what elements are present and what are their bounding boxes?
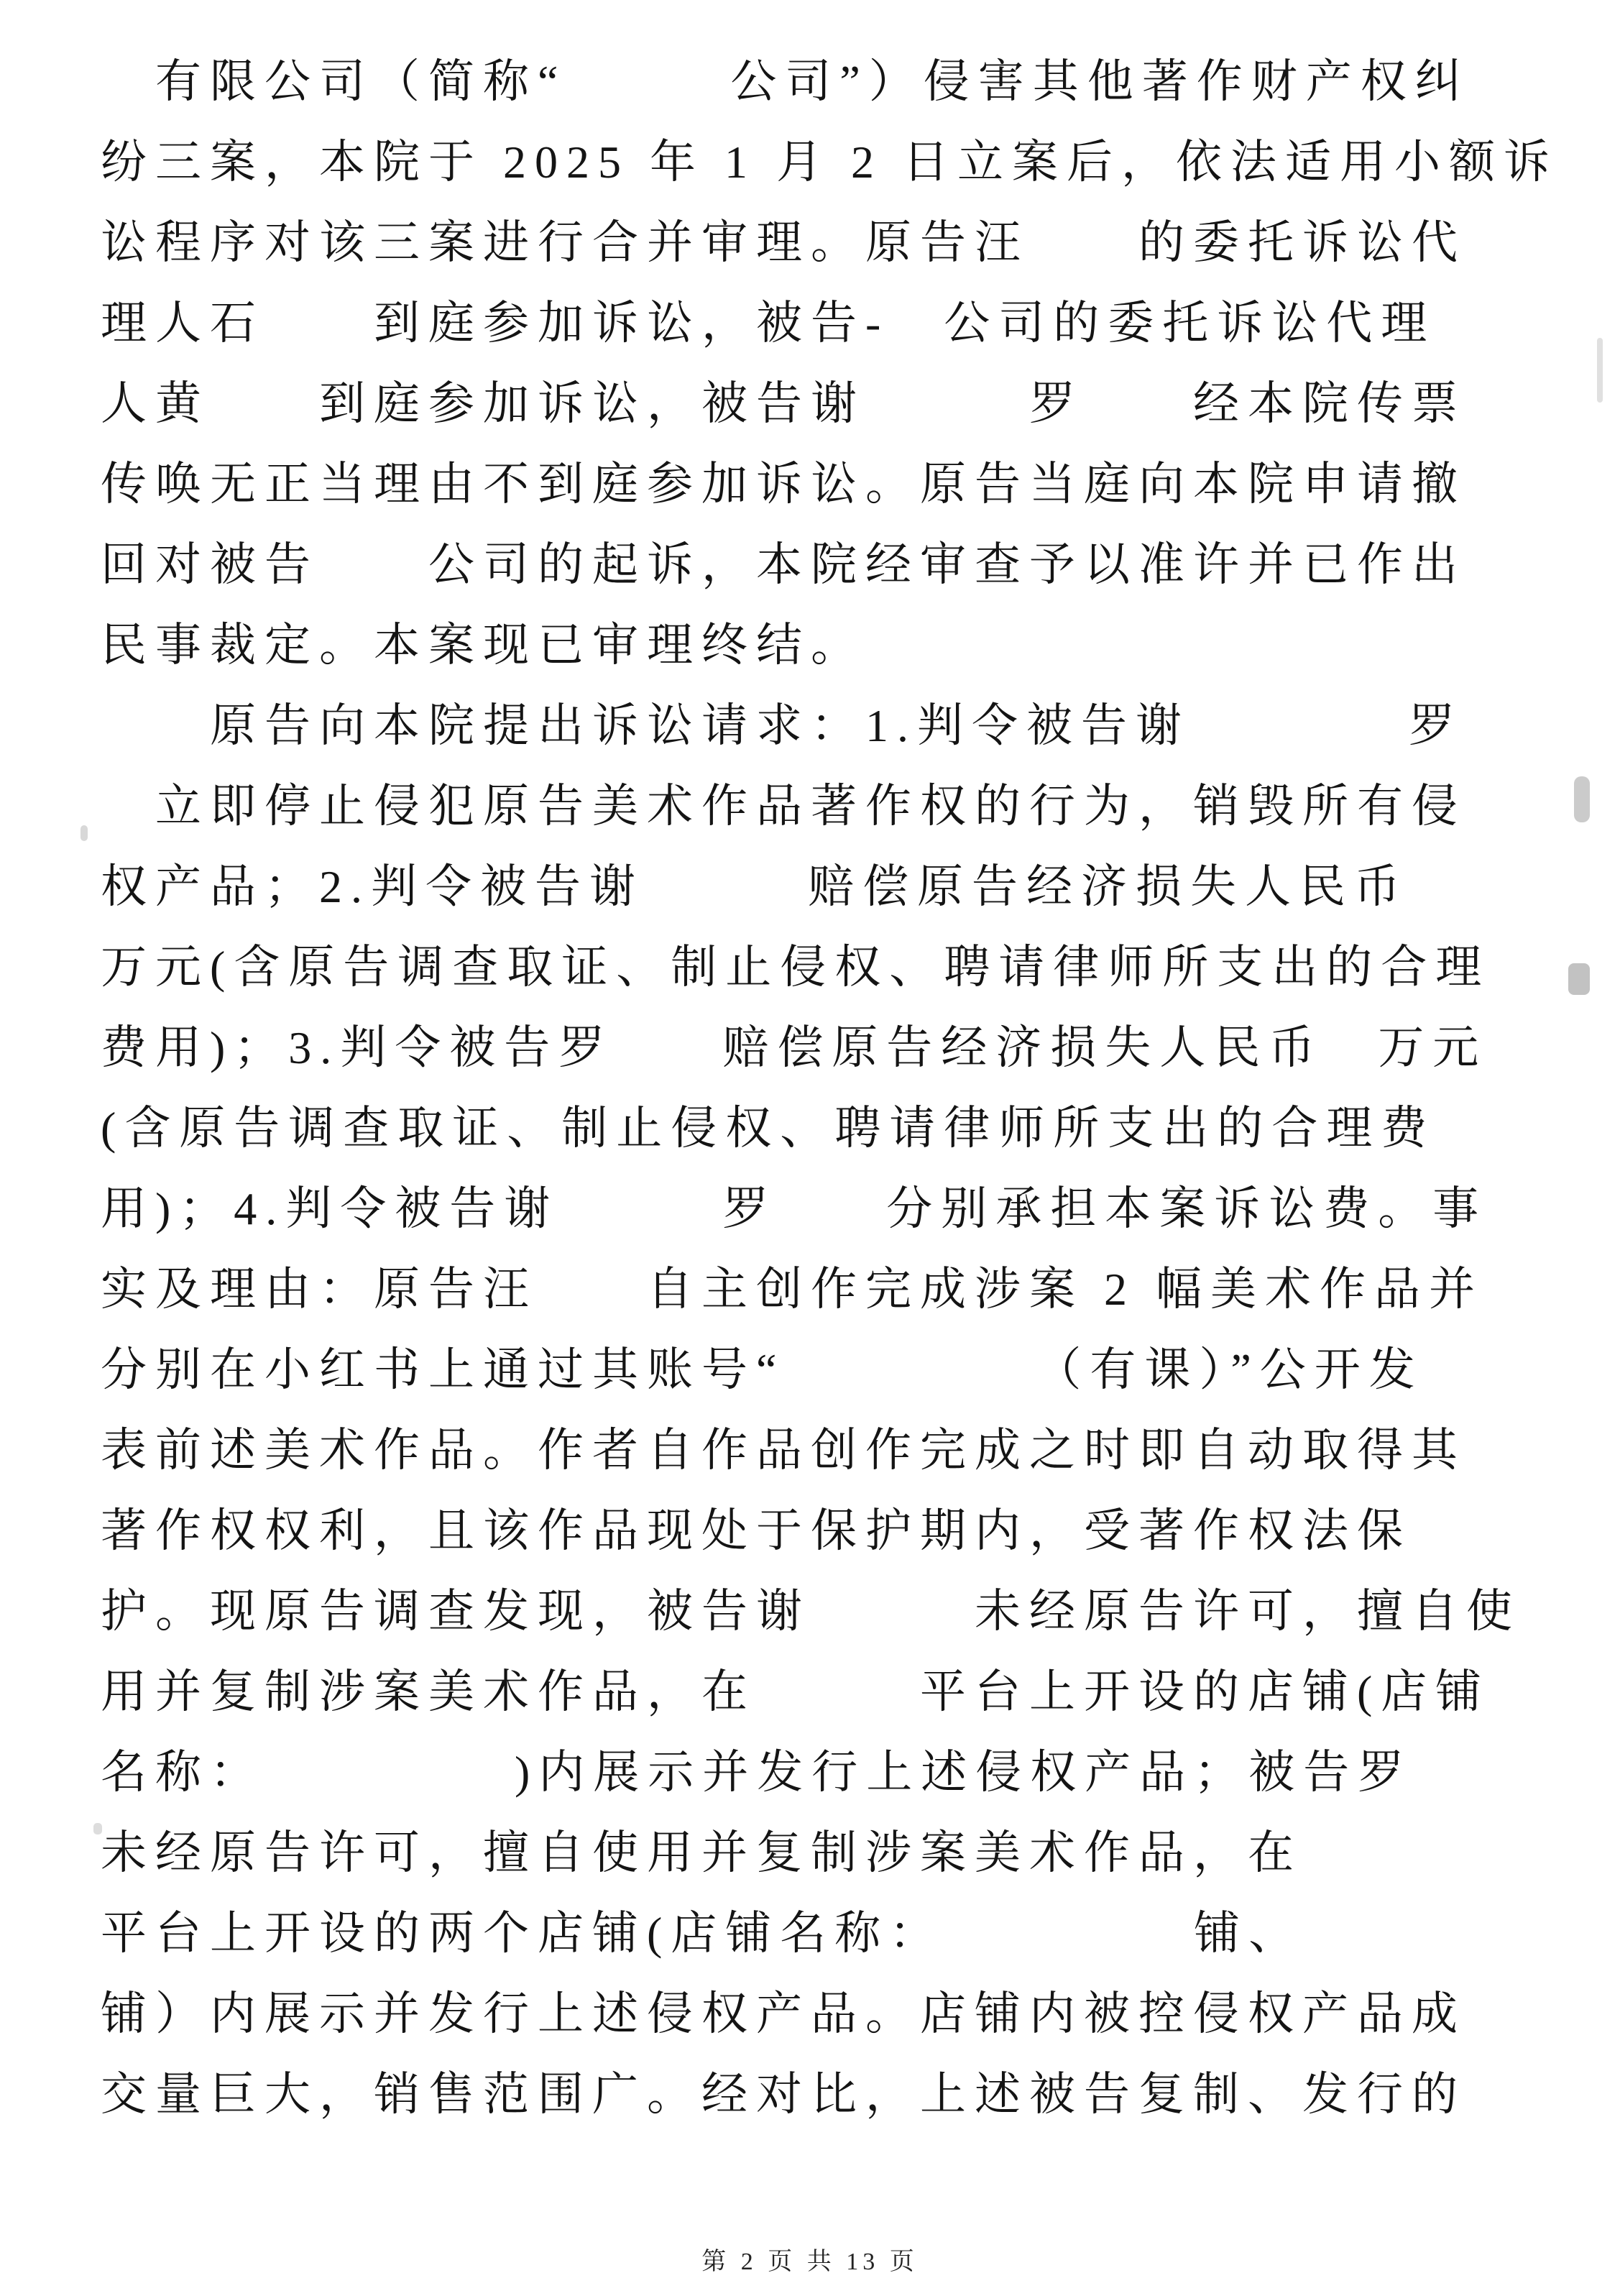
document-line: 人黄 到庭参加诉讼，被告谢 罗 经本院传票 bbox=[101, 364, 1538, 444]
document-line: 回对被告 公司的起诉，本院经审查予以准许并已作出 bbox=[101, 525, 1538, 605]
document-line: 费用)；3.判令被告罗 赔偿原告经济损失人民币 万元 bbox=[101, 1008, 1538, 1088]
scanned-document-page: 有限公司（简称“ 公司”）侵害其他著作财产权纠纷三案，本院于 2025 年 1 … bbox=[0, 0, 1620, 2296]
document-line: 立即停止侵犯原告美术作品著作权的行为，销毁所有侵 bbox=[101, 766, 1538, 847]
document-line: 分别在小红书上通过其账号“ （有课）”公开发 bbox=[101, 1330, 1538, 1410]
document-line: 平台上开设的两个店铺(店铺名称： 铺、 bbox=[101, 1893, 1538, 1974]
document-line: 未经原告许可，擅自使用并复制涉案美术作品，在 bbox=[101, 1813, 1538, 1893]
scan-artifact bbox=[80, 825, 88, 841]
document-line: 表前述美术作品。作者自作品创作完成之时即自动取得其 bbox=[101, 1410, 1538, 1491]
document-line: 有限公司（简称“ 公司”）侵害其他著作财产权纠 bbox=[101, 42, 1538, 122]
document-line: 护。现原告调查发现，被告谢 未经原告许可，擅自使 bbox=[101, 1571, 1538, 1652]
document-line: 用)；4.判令被告谢 罗 分别承担本案诉讼费。事 bbox=[101, 1169, 1538, 1249]
document-line: 铺）内展示并发行上述侵权产品。店铺内被控侵权产品成 bbox=[101, 1974, 1538, 2054]
document-line: 理人石 到庭参加诉讼，被告- 公司的委托诉讼代理 bbox=[101, 283, 1538, 364]
scan-artifact bbox=[1597, 338, 1603, 403]
document-line: 著作权权利，且该作品现处于保护期内，受著作权法保 bbox=[101, 1491, 1538, 1571]
scan-artifact bbox=[1574, 776, 1590, 822]
document-line: 万元(含原告调查取证、制止侵权、聘请律师所支出的合理 bbox=[101, 927, 1538, 1008]
document-line: 名称： )内展示并发行上述侵权产品；被告罗 bbox=[101, 1732, 1538, 1813]
document-line: 用并复制涉案美术作品，在 平台上开设的店铺(店铺 bbox=[101, 1652, 1538, 1732]
document-text: 有限公司（简称“ 公司”）侵害其他著作财产权纠纷三案，本院于 2025 年 1 … bbox=[101, 42, 1538, 2135]
document-line: 交量巨大，销售范围广。经对比，上述被告复制、发行的 bbox=[101, 2054, 1538, 2135]
scan-artifact bbox=[1568, 963, 1590, 995]
page-number-footer: 第 2 页 共 13 页 bbox=[0, 2241, 1620, 2277]
document-line: 传唤无正当理由不到庭参加诉讼。原告当庭向本院申请撤 bbox=[101, 444, 1538, 525]
document-line: 民事裁定。本案现已审理终结。 bbox=[101, 605, 1538, 686]
document-line: 原告向本院提出诉讼请求：1.判令被告谢 罗 bbox=[101, 686, 1538, 766]
document-line: 实及理由：原告汪 自主创作完成涉案 2 幅美术作品并 bbox=[101, 1249, 1538, 1330]
document-line: 纷三案，本院于 2025 年 1 月 2 日立案后，依法适用小额诉 bbox=[101, 122, 1538, 203]
document-line: (含原告调查取证、制止侵权、聘请律师所支出的合理费 bbox=[101, 1088, 1538, 1169]
document-line: 权产品；2.判令被告谢 赔偿原告经济损失人民币 bbox=[101, 847, 1538, 927]
document-line: 讼程序对该三案进行合并审理。原告汪 的委托诉讼代 bbox=[101, 203, 1538, 283]
